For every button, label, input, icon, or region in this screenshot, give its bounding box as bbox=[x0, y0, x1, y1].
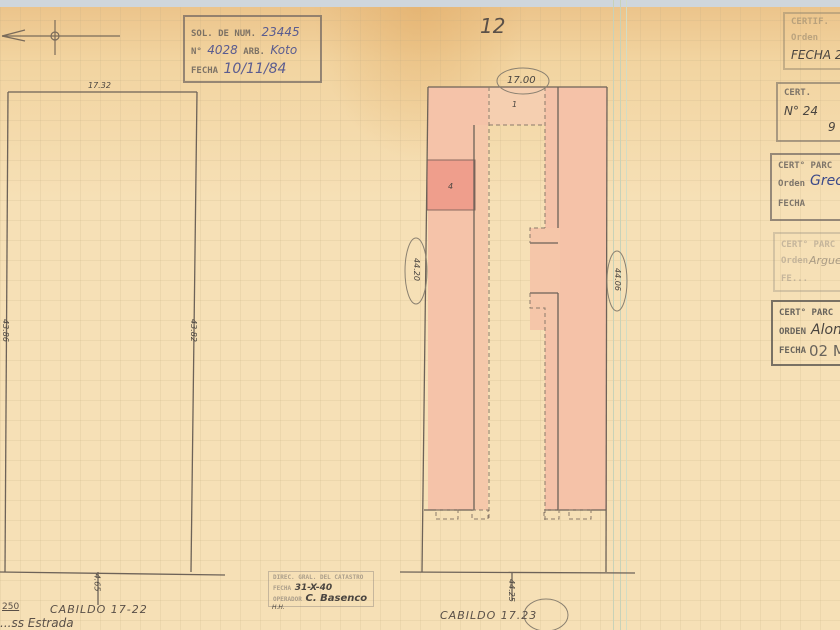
stamp-label: Orden bbox=[781, 256, 808, 266]
left-lot-front-dimension: 4.65 bbox=[92, 574, 101, 592]
left-lot-outline bbox=[0, 92, 225, 605]
stamp-value: 23445 bbox=[261, 25, 299, 39]
left-lot-street-label: CABILDO 17-22 bbox=[50, 603, 148, 616]
north-arrow-icon bbox=[2, 20, 120, 55]
stamp-certificate-4: CERT° PARC Orden FE... Arguello bbox=[773, 232, 840, 292]
stamp-sub: H.H. bbox=[272, 604, 285, 611]
signature: Arguello bbox=[809, 254, 840, 267]
stamp-label: CERT° PARC bbox=[778, 161, 832, 171]
stamp-label: FECHA bbox=[778, 199, 805, 209]
stamp-label: ORDEN bbox=[779, 327, 806, 337]
right-lot-buildings bbox=[427, 87, 607, 510]
stamp-value: 9 bbox=[828, 120, 836, 134]
left-lot-right-dimension: 43.82 bbox=[189, 319, 198, 342]
right-lot-street-label: CABILDO 17.23 bbox=[440, 609, 537, 622]
stamp-label: ARB. bbox=[243, 47, 265, 57]
right-lot-box-mark: 4 bbox=[448, 182, 453, 191]
owner-note: ...ss Estrada bbox=[0, 616, 74, 630]
stamp-label: FECHA bbox=[191, 66, 218, 76]
stamp-label: Orden bbox=[791, 33, 818, 43]
left-lot-top-dimension: 17.32 bbox=[88, 81, 111, 90]
stamp-label: N° bbox=[191, 47, 202, 57]
stamp-label: CERT° PARC bbox=[779, 308, 833, 318]
stamp-certificate-5: CERT° PARC ORDEN FECHA 02 M Alonso bbox=[771, 300, 840, 366]
stamp-value: 10/11/84 bbox=[224, 61, 287, 77]
stamp-certificate-2: CERT. N° 24 9 bbox=[776, 82, 840, 142]
left-lot-left-dimension: 43.86 bbox=[1, 319, 10, 342]
plan-drawing bbox=[0, 0, 840, 630]
right-lot-front-dimension: 44.25 bbox=[507, 579, 516, 602]
stamp-value: N° 24 bbox=[784, 104, 818, 118]
stamp-value: Koto bbox=[270, 43, 297, 57]
signature: Alonso bbox=[811, 322, 840, 338]
right-lot-mark: 1 bbox=[512, 100, 517, 109]
stamp-date: 02 M bbox=[809, 342, 840, 360]
right-lot-top-dimension: 17.00 bbox=[507, 75, 536, 86]
stamp-certificate-3: CERT° PARC Orden FECHA Greco bbox=[770, 153, 840, 221]
page-number: 12 bbox=[480, 14, 505, 38]
signature: Greco bbox=[810, 173, 840, 189]
right-lot-right-dimension: 44.06 bbox=[613, 268, 622, 291]
stamp-application: SOL. DE NUM. 23445 N° 4028 ARB. Koto FEC… bbox=[183, 15, 322, 83]
stamp-certificate-1: CERTIF. Orden FECHA 22 bbox=[783, 12, 840, 70]
stamp-label: CERT. bbox=[784, 88, 811, 98]
stamp-label: FE... bbox=[781, 274, 808, 284]
stamp-catastro: DIREC. GRAL. DEL CATASTRO FECHA 31-X-40 … bbox=[268, 571, 374, 607]
right-lot-left-dimension: 44.20 bbox=[412, 258, 421, 281]
stamp-value: 4028 bbox=[207, 43, 238, 57]
scale-note: 250 bbox=[2, 602, 19, 612]
stamp-label: FECHA bbox=[273, 585, 291, 592]
stamp-label: OPERADOR bbox=[273, 596, 302, 603]
stamp-label: CERTIF. bbox=[791, 17, 829, 27]
stamp-value: C. Basenco bbox=[306, 593, 368, 604]
stamp-label: FECHA bbox=[779, 346, 806, 356]
stamp-label: Orden bbox=[778, 179, 805, 189]
stamp-value: 31-X-40 bbox=[295, 583, 333, 593]
stamp-label: CERT° PARC bbox=[781, 240, 835, 250]
stamp-value: FECHA 22 bbox=[791, 48, 840, 62]
stamp-label: DIREC. GRAL. DEL CATASTRO bbox=[273, 574, 363, 581]
stamp-label: SOL. DE NUM. bbox=[191, 29, 256, 39]
